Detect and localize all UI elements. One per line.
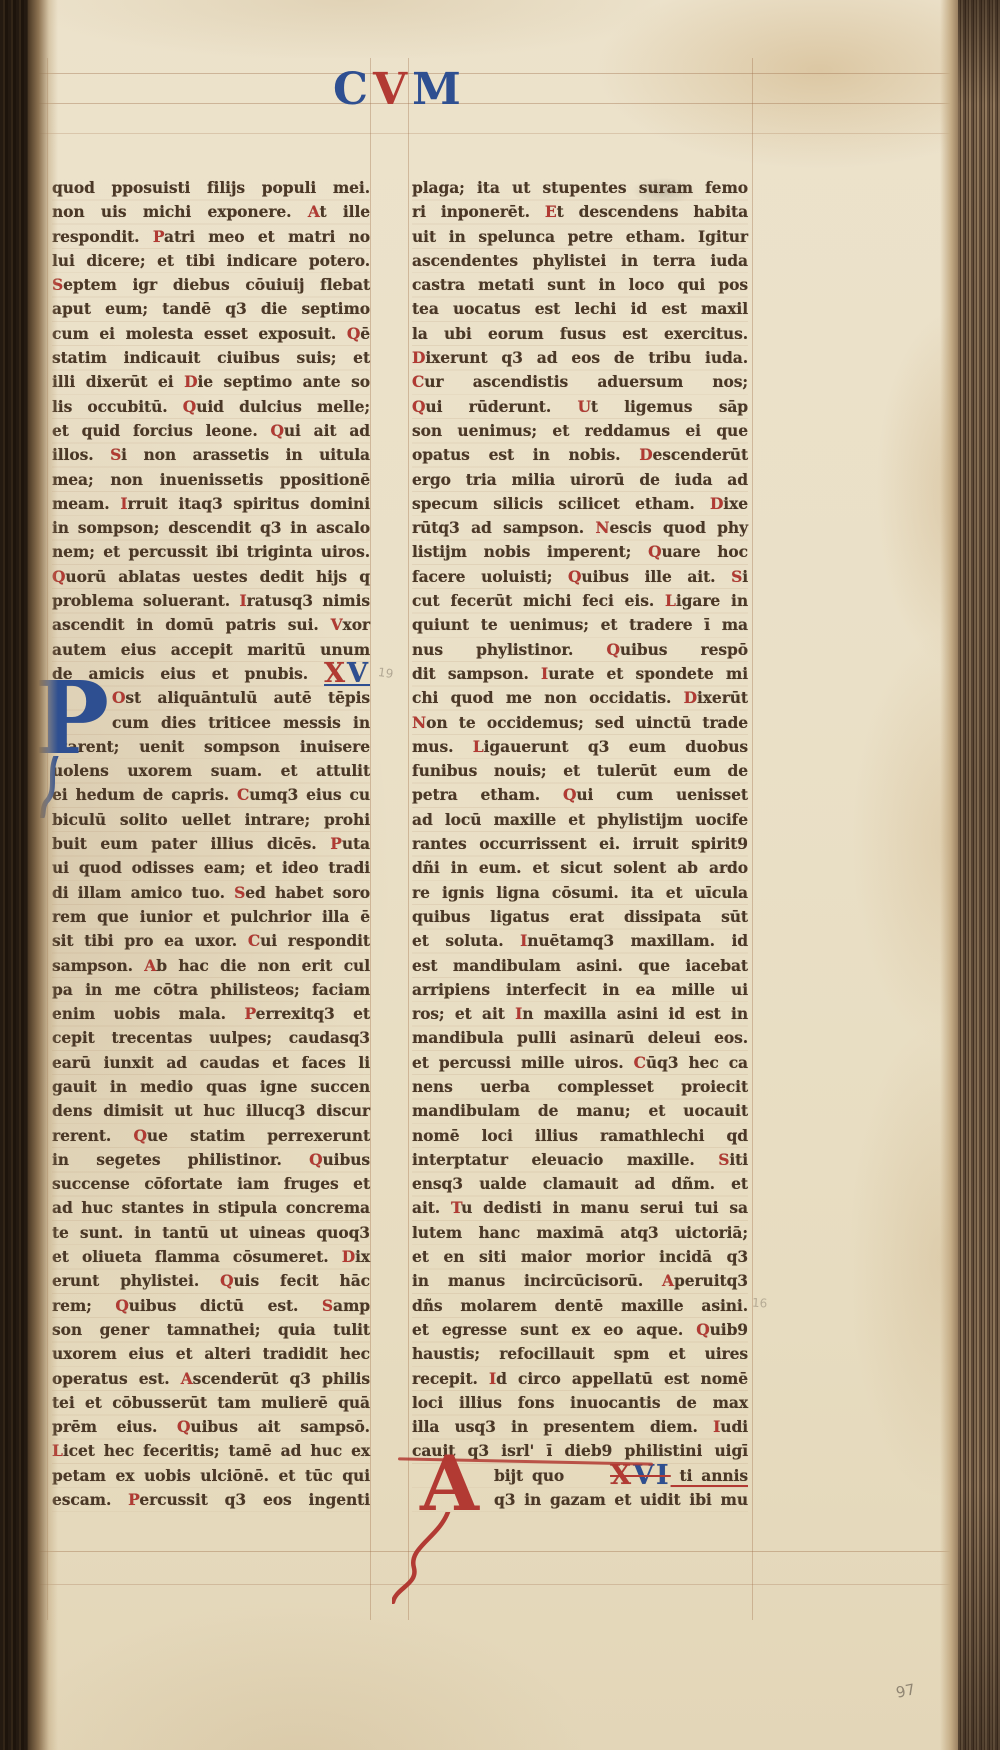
text-segment: D — [184, 372, 197, 391]
text-segment: escis quod phy — [609, 518, 748, 537]
text-segment: atri meo et matri no — [164, 227, 370, 246]
running-header-letter: V — [373, 64, 412, 115]
text-segment: Q — [270, 421, 283, 440]
text-segment: ui cum uenisset — [576, 785, 748, 804]
text-segment: t ligemus sāp — [591, 397, 748, 416]
text-line: mandibulam de manu; et uocauit — [412, 1099, 748, 1123]
text-segment: st aliquāntulū autē tēpis — [125, 688, 370, 707]
text-line: uit in spelunca petre etham. Igitur — [412, 225, 748, 249]
text-line: rem; Quibus dictū est. Samp — [52, 1294, 370, 1318]
text-segment: D — [342, 1247, 355, 1266]
text-line: Dixerunt q3 ad eos de tribu iuda. — [412, 346, 748, 370]
text-segment: ui quod odisses eam; et ideo tradi — [52, 858, 370, 877]
text-line: petam ex uobis ulciōnē. et tūc qui — [52, 1464, 370, 1488]
text-segment: P — [244, 1004, 255, 1023]
text-segment: n maxilla asini id est in — [522, 1004, 748, 1023]
text-segment: L — [665, 591, 676, 610]
ruling-line — [33, 133, 950, 134]
text-segment: uibus dictū est. — [129, 1296, 322, 1315]
text-line: et quid forcius leone. Qui ait ad — [52, 419, 370, 443]
text-line: et percussi mille uiros. Cūq3 hec ca — [412, 1051, 748, 1075]
text-segment: enim uobis mala. — [52, 1004, 244, 1023]
text-segment: Q — [309, 1150, 322, 1169]
text-segment: listijm nobis imperent; — [412, 542, 648, 561]
text-segment: iti — [729, 1150, 748, 1169]
text-line: operatus est. Ascenderūt q3 philis — [52, 1367, 370, 1391]
text-line: opatus est in nobis. Descenderūt — [412, 443, 748, 467]
text-segment: urate et spondete mi — [548, 664, 748, 683]
text-segment: son gener tamnathei; quia tulit — [52, 1320, 370, 1339]
text-segment: I — [239, 591, 246, 610]
text-line: ascendentes phylistei in terra iuda — [412, 249, 748, 273]
text-line: sampson. Ab hac die non erit cul — [52, 954, 370, 978]
text-line: rem que iunior et pulchrior illa ē — [52, 905, 370, 929]
text-segment: L — [473, 737, 484, 756]
text-line: haustis; refocillauit spm et uires — [412, 1342, 748, 1366]
text-segment: rem que iunior et pulchrior illa ē — [52, 907, 370, 926]
text-line: respondit. Patri meo et matri no — [52, 225, 370, 249]
text-line: facere uoluisti; Quibus ille ait. Si — [412, 565, 748, 589]
text-segment: ri inponerēt. — [412, 202, 545, 221]
text-line: lis occubitū. Quid dulcius melle; — [52, 395, 370, 419]
text-line: plaga; ita ut stupentes suram femo — [412, 176, 748, 200]
text-segment: interptatur eleuacio maxille. — [412, 1150, 718, 1169]
text-segment: ascendentes phylistei in terra iuda — [412, 251, 748, 270]
text-segment: cepit trecentas uulpes; caudasq3 — [52, 1028, 370, 1047]
text-segment: Q — [648, 542, 661, 561]
text-segment: ix — [355, 1247, 370, 1266]
text-segment: illi dixerūt ei — [52, 372, 184, 391]
text-line: gauit in medio quas igne succen — [52, 1075, 370, 1099]
text-line: funibus nouis; et tulerūt eum de — [412, 759, 748, 783]
text-line: interptatur eleuacio maxille. Siti — [412, 1148, 748, 1172]
text-segment: in segetes philistinor. — [52, 1150, 309, 1169]
text-segment: et percussi mille uiros. — [412, 1053, 634, 1072]
text-segment: petam ex uobis ulciōnē. et tūc qui — [52, 1466, 370, 1485]
text-segment: autem eius accepit maritū unum — [52, 640, 370, 659]
text-line: Cur ascendistis aduersum nos; — [412, 370, 748, 394]
text-line: ei hedum de capris. Cumq3 eius cu — [52, 783, 370, 807]
text-segment: uibus ille ait. — [581, 567, 731, 586]
text-line: ensq3 ualde clamauit ad dñm. et — [412, 1172, 748, 1196]
text-segment: cut fecerūt michi feci eis. — [412, 591, 665, 610]
text-segment: ad locū maxille et phylistijm uocife — [412, 810, 748, 829]
text-segment: scenderūt q3 philis — [193, 1369, 370, 1388]
text-segment: recepit. — [412, 1369, 489, 1388]
text-line: petra etham. Qui cum uenisset — [412, 783, 748, 807]
text-segment: ad huc stantes in stipula concrema — [52, 1198, 370, 1217]
text-segment: escam. — [52, 1490, 128, 1509]
text-segment: gauit in medio quas igne succen — [52, 1077, 370, 1096]
text-segment: ratusq3 nimis — [247, 591, 370, 610]
text-segment: peruitq3 — [674, 1271, 748, 1290]
text-segment: buit eum pater illius dicēs. — [52, 834, 330, 853]
text-segment: bijt quo — [494, 1466, 564, 1485]
text-segment: haustis; refocillauit spm et uires — [412, 1344, 748, 1363]
text-segment: C — [248, 931, 260, 950]
folio-number: 97 — [894, 1680, 916, 1702]
running-header-letter: C — [333, 64, 373, 115]
text-segment: in manus incircūcisorū. — [412, 1271, 662, 1290]
text-segment: eptem igr diebus cōuiuij flebat — [63, 275, 370, 294]
text-segment: problema soluerant. — [52, 591, 239, 610]
margin-pencil-mark: 16 — [752, 1295, 768, 1310]
text-segment: A — [308, 202, 320, 221]
text-segment: di illam amico tuo. — [52, 883, 234, 902]
text-line: Qui rūderunt. Ut ligemus sāp — [412, 395, 748, 419]
text-column-right: plaga; ita ut stupentes suram femori inp… — [412, 176, 748, 1512]
text-line: lutem hanc maximā atq3 uictoriā; — [412, 1221, 748, 1245]
text-segment: dens dimisit ut huc illucq3 discur — [52, 1101, 370, 1120]
text-segment: illa usq3 in presentem diem. — [412, 1417, 713, 1436]
text-segment: D — [639, 445, 652, 464]
text-line: sit tibi pro ea uxor. Cui respondit — [52, 929, 370, 953]
text-segment: E — [545, 202, 557, 221]
text-segment: Q — [696, 1320, 709, 1339]
text-line: chi quod me non occidatis. Dixerūt — [412, 686, 748, 710]
text-line: son uenimus; et reddamus ei que — [412, 419, 748, 443]
text-segment: V — [347, 658, 370, 689]
text-line: nens uerba complesset proiecit — [412, 1075, 748, 1099]
initial-a-flourish — [392, 1512, 466, 1604]
text-line: cepit trecentas uulpes; caudasq3 — [52, 1026, 370, 1050]
text-segment: on te occidemus; sed uinctū trade — [426, 713, 748, 732]
text-segment: ait. — [412, 1198, 451, 1217]
ruling-line — [408, 58, 409, 1620]
text-segment: uid dulcius melle; — [196, 397, 370, 416]
text-line: loci illius fons inuocantis de max — [412, 1391, 748, 1415]
text-segment: P — [128, 1490, 139, 1509]
text-segment: uit in spelunca petre etham. Igitur — [412, 227, 748, 246]
text-line: tea uocatus est lechi id est maxil — [412, 297, 748, 321]
text-segment: tei et cōbusserūt tam mulierē quā — [52, 1393, 370, 1412]
text-segment: opatus est in nobis. — [412, 445, 639, 464]
text-line: mus. Ligauerunt q3 eum duobus — [412, 735, 748, 759]
text-segment: quiunt te uenimus; et tradere ī ma — [412, 615, 748, 634]
text-segment: re ignis ligna cōsumi. ita et uīcula — [412, 883, 748, 902]
text-line: ad locū maxille et phylistijm uocife — [412, 808, 748, 832]
text-segment: ue statim perrexerunt — [147, 1126, 370, 1145]
ruling-line — [370, 58, 371, 1620]
stain — [40, 0, 660, 58]
text-line: tei et cōbusserūt tam mulierē quā — [52, 1391, 370, 1415]
text-segment: errexitq3 et — [256, 1004, 370, 1023]
text-segment: X — [324, 658, 347, 689]
text-line: escam. Percussit q3 eos ingenti — [52, 1488, 370, 1512]
text-line: illi dixerūt ei Die septimo ante so — [52, 370, 370, 394]
text-segment: ixerūt — [697, 688, 748, 707]
text-line: cut fecerūt michi feci eis. Ligare in — [412, 589, 748, 613]
text-segment: icet hec feceritis; tamē ad huc ex — [63, 1441, 370, 1460]
text-line: illos. Si non arassetis in uitula — [52, 443, 370, 467]
text-segment: D — [412, 348, 425, 367]
text-segment: ixe — [723, 494, 748, 513]
text-line: ergo tria milia uirorū de iuda ad — [412, 468, 748, 492]
text-segment: igare in — [676, 591, 748, 610]
text-segment: I — [120, 494, 127, 513]
text-segment: Q — [177, 1417, 190, 1436]
text-segment: ergo tria milia uirorū de iuda ad — [412, 470, 748, 489]
text-segment: lis occubitū. — [52, 397, 183, 416]
text-line: ros; et ait In maxilla asini id est in — [412, 1002, 748, 1026]
text-line: rerent. Que statim perrexerunt — [52, 1124, 370, 1148]
text-line: quod pposuisti filijs populi mei. — [52, 176, 370, 200]
text-segment: Q — [115, 1296, 128, 1315]
margin-pencil-mark: 19 — [377, 665, 394, 681]
text-segment: Q — [568, 567, 581, 586]
text-segment: Q — [220, 1271, 233, 1290]
text-segment: u dedisti in manu serui tui sa — [461, 1198, 748, 1217]
text-segment: uis fecit hāc — [234, 1271, 371, 1290]
text-segment: amp — [333, 1296, 370, 1315]
text-segment: statim indicauit ciuibus suis; et — [52, 348, 370, 367]
text-line: nus phylistinor. Quibus respō — [412, 638, 748, 662]
text-segment: Q — [347, 324, 360, 343]
text-line: Non te occidemus; sed uinctū trade — [412, 711, 748, 735]
text-line: illa usq3 in presentem diem. Iudi — [412, 1415, 748, 1439]
text-segment: loci illius fons inuocantis de max — [412, 1393, 748, 1412]
ruling-line — [33, 103, 950, 104]
ruling-line — [752, 58, 753, 1620]
text-segment: respondit. — [52, 227, 153, 246]
text-segment: nus phylistinor. — [412, 640, 607, 659]
text-segment: mandibula pulli asinarū deleui eos. — [412, 1028, 748, 1047]
text-segment: tea uocatus est lechi id est maxil — [412, 299, 748, 318]
text-segment: A — [181, 1369, 193, 1388]
text-segment: uibus respō — [620, 640, 748, 659]
text-segment: est mandibulam asini. que iacebat — [412, 956, 748, 975]
text-segment: ercussit q3 eos ingenti — [139, 1490, 370, 1509]
text-segment: U — [577, 397, 590, 416]
text-segment: dñs molarem dentē maxille asini. — [412, 1296, 748, 1315]
text-segment: cum dies triticee messis in — [112, 713, 370, 732]
text-line: earū iunxit ad caudas et faces li — [52, 1051, 370, 1075]
text-segment: rem; — [52, 1296, 115, 1315]
text-line: dñi in eum. et sicut solent ab ardo — [412, 856, 748, 880]
text-line: et soluta. Inuētamq3 maxillam. id — [412, 929, 748, 953]
text-segment: ensq3 ualde clamauit ad dñm. et — [412, 1174, 748, 1193]
text-segment: plaga; ita ut stupentes suram femo — [412, 178, 748, 197]
text-segment: D — [710, 494, 723, 513]
text-line: enim uobis mala. Perrexitq3 et — [52, 1002, 370, 1026]
text-segment: ur ascendistis aduersum nos; — [424, 372, 748, 391]
text-segment: N — [595, 518, 609, 537]
text-segment: T — [451, 1198, 461, 1217]
text-segment: sampson. — [52, 956, 144, 975]
text-line: nomē loci illius ramathlechi qd — [412, 1124, 748, 1148]
text-segment: O — [112, 688, 125, 707]
text-segment: uxorem eius et alteri tradidit hec — [52, 1344, 370, 1363]
ruling-line — [33, 1551, 950, 1552]
page-edge-shading — [958, 0, 1000, 1750]
text-segment: quod pposuisti filijs populi mei. — [52, 178, 370, 197]
text-segment: ixerunt q3 ad eos de tribu iuda. — [425, 348, 748, 367]
text-line: et en siti maior morior incidā q3 — [412, 1245, 748, 1269]
text-segment: sit tibi pro ea uxor. — [52, 931, 248, 950]
text-segment: Q — [183, 397, 196, 416]
text-line: listijm nobis imperent; Quare hoc — [412, 540, 748, 564]
text-segment: nem; et percussit ibi triginta uiros. — [52, 542, 370, 561]
text-segment: ascendit in domū patris sui. — [52, 615, 331, 634]
text-line: ui quod odisses eam; et ideo tradi — [52, 856, 370, 880]
text-segment: udi — [720, 1417, 748, 1436]
text-line: specum silicis scilicet etham. Dixe — [412, 492, 748, 516]
text-segment: in sompson; descendit q3 in ascalo — [52, 518, 370, 537]
text-segment: S — [322, 1296, 333, 1315]
text-line: recepit. Id circo appellatū est nomē — [412, 1367, 748, 1391]
text-line: biculū solito uellet intrare; prohi — [52, 808, 370, 832]
text-segment: b hac die non erit cul — [156, 956, 370, 975]
text-line: re ignis ligna cōsumi. ita et uīcula — [412, 881, 748, 905]
text-line: Quorū ablatas uestes dedit hijs q — [52, 565, 370, 589]
gutter-crease-shadow — [28, 0, 58, 1750]
text-segment: succense cōfortate iam fruges et — [52, 1174, 370, 1193]
text-segment: castra metati sunt in loco qui pos — [412, 275, 748, 294]
text-line: problema soluerant. Iratusq3 nimis — [52, 589, 370, 613]
text-segment: mea; non inuenissetis ppositionē — [52, 470, 370, 489]
text-segment: meam. — [52, 494, 120, 513]
text-line: et oliueta flamma cōsumeret. Dix — [52, 1245, 370, 1269]
text-segment: Q — [563, 785, 576, 804]
text-segment: t descendens habita — [557, 202, 748, 221]
text-segment: mus. — [412, 737, 473, 756]
text-line: la ubi eorum fusus est exercitus. — [412, 322, 748, 346]
text-segment: V — [331, 615, 343, 634]
text-segment: son uenimus; et reddamus ei que — [412, 421, 748, 440]
text-line: son gener tamnathei; quia tulit — [52, 1318, 370, 1342]
text-segment: funibus nouis; et tulerūt eum de — [412, 761, 748, 780]
text-line: erunt phylistei. Quis fecit hāc — [52, 1269, 370, 1293]
text-segment: uare hoc — [662, 542, 749, 561]
text-segment: arripiens interfecit in ea mille ui — [412, 980, 748, 999]
text-line: Licet hec feceritis; tamē ad huc ex — [52, 1439, 370, 1463]
text-segment: biculū solito uellet intrare; prohi — [52, 810, 370, 829]
manuscript-page-photo: CVM quod pposuisti filijs populi mei.non… — [0, 0, 1000, 1750]
text-segment: P — [153, 227, 164, 246]
text-segment: A — [662, 1271, 674, 1290]
text-segment: C — [412, 372, 424, 391]
text-segment: et en siti maior morior incidā q3 — [412, 1247, 748, 1266]
text-line: ascendit in domū patris sui. Vxor — [52, 613, 370, 637]
text-segment: i non arassetis in uitula — [121, 445, 370, 464]
text-line: succense cōfortate iam fruges et — [52, 1172, 370, 1196]
text-line: arripiens interfecit in ea mille ui — [412, 978, 748, 1002]
running-header: CVM — [333, 66, 466, 116]
text-segment: uorū ablatas uestes dedit hijs q — [65, 567, 370, 586]
text-segment: C — [634, 1053, 646, 1072]
text-segment: aput eum; tandē q3 die septimo — [52, 299, 370, 318]
text-line: rūtq3 ad sampson. Nescis quod phy — [412, 516, 748, 540]
text-segment: rruit itaq3 spiritus domini — [128, 494, 371, 513]
text-segment: rūtq3 ad sampson. — [412, 518, 595, 537]
text-segment: uibus — [323, 1150, 371, 1169]
text-segment: chi quod me non occidatis. — [412, 688, 684, 707]
text-segment: Q — [412, 397, 425, 416]
text-segment: ti annis — [671, 1466, 748, 1485]
text-segment: q3 in gazam et uidit ibi mu — [494, 1490, 748, 1509]
text-segment: uib9 — [710, 1320, 748, 1339]
text-segment: ui rūderunt. — [425, 397, 577, 416]
text-segment: ui respondit — [260, 931, 370, 950]
text-segment: dit sampson. — [412, 664, 541, 683]
text-line: et egresse sunt ex eo aque. Quib9 — [412, 1318, 748, 1342]
text-line: Septem igr diebus cōuiuij flebat — [52, 273, 370, 297]
text-line: dens dimisit ut huc illucq3 discur — [52, 1099, 370, 1123]
text-segment: Q — [134, 1126, 147, 1145]
text-line: buit eum pater illius dicēs. Puta — [52, 832, 370, 856]
text-segment: et soluta. — [412, 931, 520, 950]
text-segment: earū iunxit ad caudas et faces li — [52, 1053, 370, 1072]
text-segment: erunt phylistei. — [52, 1271, 220, 1290]
binding-gutter-edge — [0, 0, 28, 1750]
text-segment: ūq3 hec ca — [646, 1053, 748, 1072]
text-segment: Q — [607, 640, 620, 659]
text-segment: quibus ligatus erat dissipata sūt — [412, 907, 748, 926]
text-line: lui dicere; et tibi indicare potero. — [52, 249, 370, 273]
text-segment: nens uerba complesset proiecit — [412, 1077, 748, 1096]
text-line: ait. Tu dedisti in manu serui tui sa — [412, 1196, 748, 1220]
text-line: in segetes philistinor. Quibus — [52, 1148, 370, 1172]
text-segment: uibus ait sampsō. — [190, 1417, 370, 1436]
text-line: est mandibulam asini. que iacebat — [412, 954, 748, 978]
text-segment: ros; et ait — [412, 1004, 515, 1023]
text-line: pa in me cōtra philisteos; faciam — [52, 978, 370, 1002]
text-segment: te sunt. in tantū ut uineas quoq3 — [52, 1223, 370, 1242]
text-line: statim indicauit ciuibus suis; et — [52, 346, 370, 370]
text-segment: umq3 eius cu — [249, 785, 370, 804]
text-segment: ie septimo ante so — [197, 372, 370, 391]
text-segment: xor — [343, 615, 370, 634]
text-segment: rantes occurrissent ei. irruit spirit9 — [412, 834, 748, 853]
text-line: in sompson; descendit q3 in ascalo — [52, 516, 370, 540]
text-segment: i — [742, 567, 748, 586]
text-segment: nuētamq3 maxillam. id — [527, 931, 748, 950]
text-segment: lutem hanc maximā atq3 uictoriā; — [412, 1223, 748, 1242]
text-segment: P — [330, 834, 342, 853]
text-line: rantes occurrissent ei. irruit spirit9 — [412, 832, 748, 856]
text-line: quibus ligatus erat dissipata sūt — [412, 905, 748, 929]
text-segment: lui dicere; et tibi indicare potero. — [52, 251, 370, 270]
text-line: dit sampson. Iurate et spondete mi — [412, 662, 748, 686]
text-segment: petra etham. — [412, 785, 563, 804]
text-line: castra metati sunt in loco qui pos — [412, 273, 748, 297]
text-segment: escenderūt — [653, 445, 748, 464]
text-segment: S — [731, 567, 742, 586]
ruling-line — [33, 1584, 950, 1585]
text-segment: C — [237, 785, 249, 804]
text-segment: pa in me cōtra philisteos; faciam — [52, 980, 370, 999]
ruling-line — [33, 73, 950, 74]
text-segment: rerent. — [52, 1126, 134, 1145]
text-line: ri inponerēt. Et descendens habita — [412, 200, 748, 224]
text-segment: D — [684, 688, 697, 707]
text-line: di illam amico tuo. Sed habet soro — [52, 881, 370, 905]
text-segment: et egresse sunt ex eo aque. — [412, 1320, 696, 1339]
text-segment: ē — [360, 324, 370, 343]
text-line: nem; et percussit ibi triginta uiros. — [52, 540, 370, 564]
text-line: prēm eius. Quibus ait sampsō. — [52, 1415, 370, 1439]
text-line: meam. Irruit itaq3 spiritus domini — [52, 492, 370, 516]
text-line: uxorem eius et alteri tradidit hec — [52, 1342, 370, 1366]
text-segment: la ubi eorum fusus est exercitus. — [412, 324, 748, 343]
text-line: ad huc stantes in stipula concrema — [52, 1196, 370, 1220]
text-line: dñs molarem dentē maxille asini. — [412, 1294, 748, 1318]
text-segment: d circo appellatū est nomē — [496, 1369, 748, 1388]
text-line: mea; non inuenissetis ppositionē — [52, 468, 370, 492]
text-segment: S — [718, 1150, 729, 1169]
text-segment: non uis michi exponere. — [52, 202, 308, 221]
text-segment: t ille — [319, 202, 370, 221]
